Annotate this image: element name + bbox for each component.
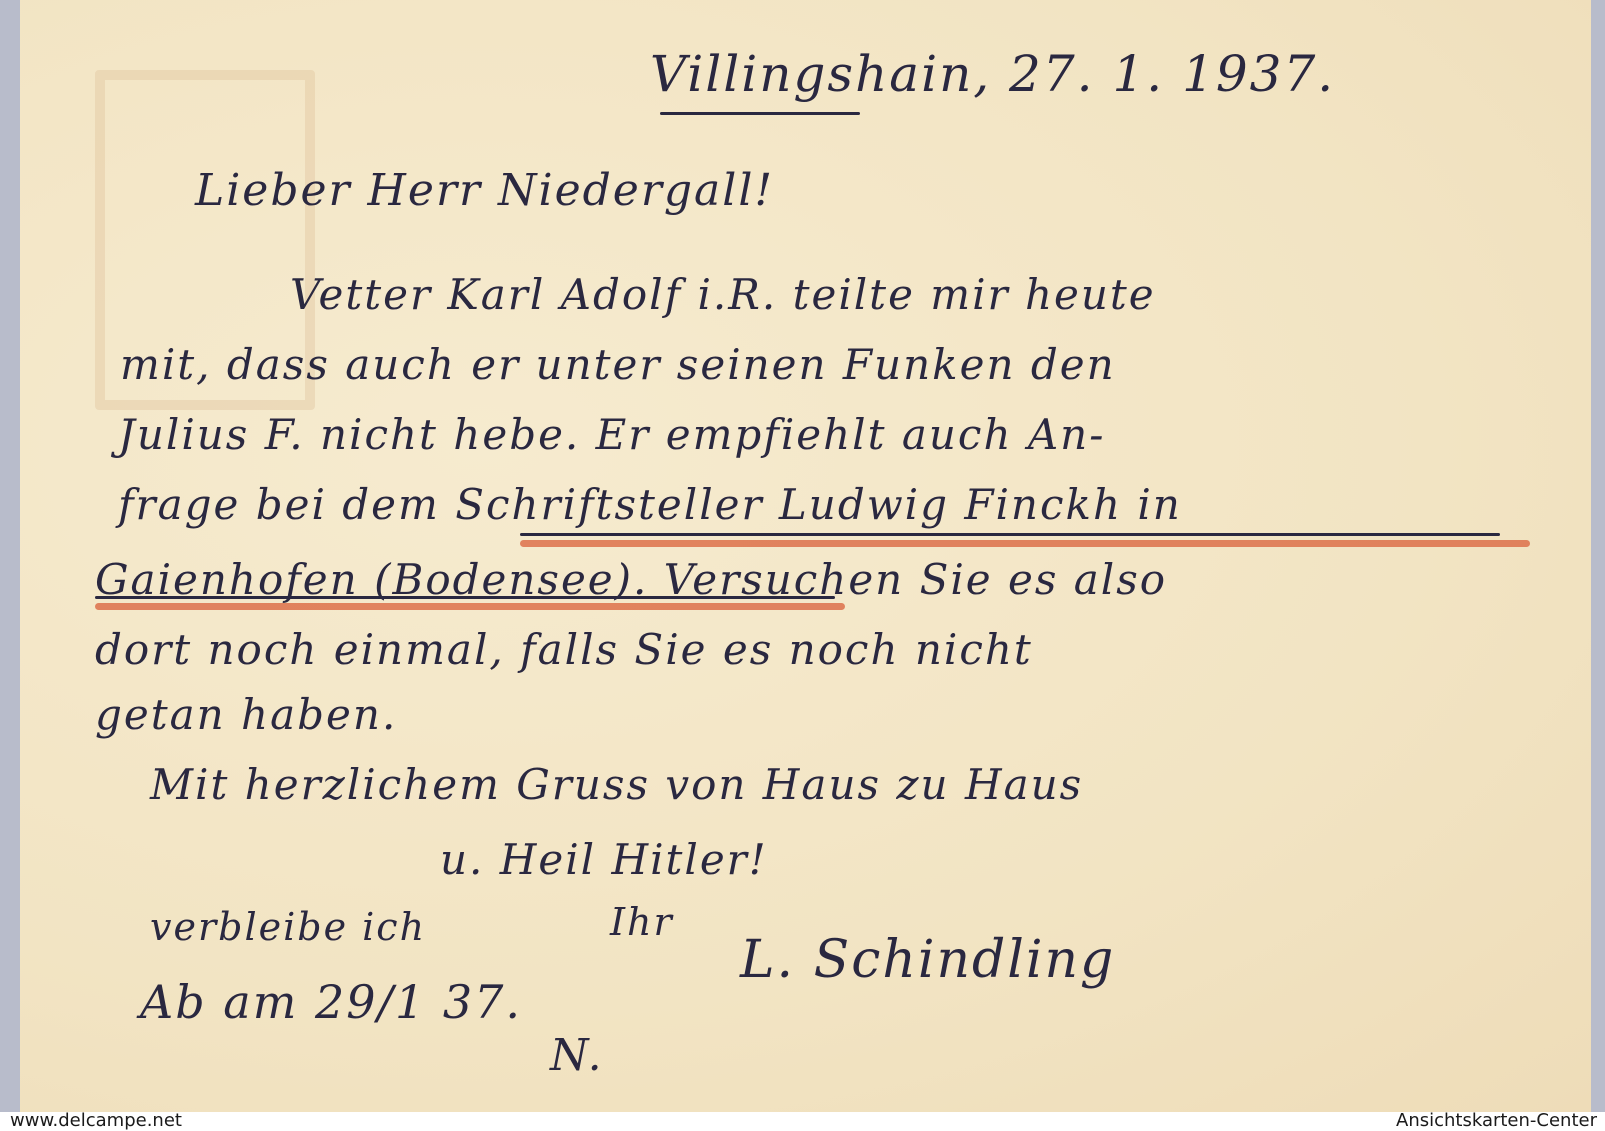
body-line-6: dort noch einmal, falls Sie es noch nich… xyxy=(95,625,1033,674)
sign-off-left: verbleibe ich xyxy=(150,905,426,949)
red-underline-gaienhofen xyxy=(95,603,845,610)
red-underline-finckh xyxy=(520,540,1530,547)
salutation: Lieber Herr Niedergall! xyxy=(195,165,774,216)
ink-underline-gaienhofen xyxy=(95,596,835,599)
scan-edge-left xyxy=(0,0,20,1112)
annotation-initial: N. xyxy=(550,1030,604,1081)
scan-edge-right xyxy=(1591,0,1605,1112)
closing-line-2: u. Heil Hitler! xyxy=(440,835,768,884)
body-line-7: getan haben. xyxy=(95,690,397,739)
ink-underline-finckh xyxy=(520,533,1500,536)
place-underline xyxy=(660,112,860,115)
body-line-2: mit, dass auch er unter seinen Funken de… xyxy=(120,340,1116,389)
watermark-ansichtskarten-center: Ansichtskarten-Center xyxy=(1396,1110,1597,1131)
watermark-delcampe: www.delcampe.net xyxy=(10,1110,182,1131)
signature: L. Schindling xyxy=(740,930,1115,990)
handwritten-annotation: Ab am 29/1 37. xyxy=(140,975,522,1029)
closing-line-1: Mit herzlichem Gruss von Haus zu Haus xyxy=(150,760,1083,809)
body-line-3: Julius F. nicht hebe. Er empfiehlt auch … xyxy=(118,410,1105,459)
body-line-1: Vetter Karl Adolf i.R. teilte mir heute xyxy=(290,270,1156,319)
sign-off-ihr: Ihr xyxy=(610,900,674,944)
date-line: Villingshain, 27. 1. 1937. xyxy=(650,45,1335,103)
postcard-image: Villingshain, 27. 1. 1937. Lieber Herr N… xyxy=(0,0,1605,1112)
body-line-4: frage bei dem Schriftsteller Ludwig Finc… xyxy=(118,480,1182,529)
